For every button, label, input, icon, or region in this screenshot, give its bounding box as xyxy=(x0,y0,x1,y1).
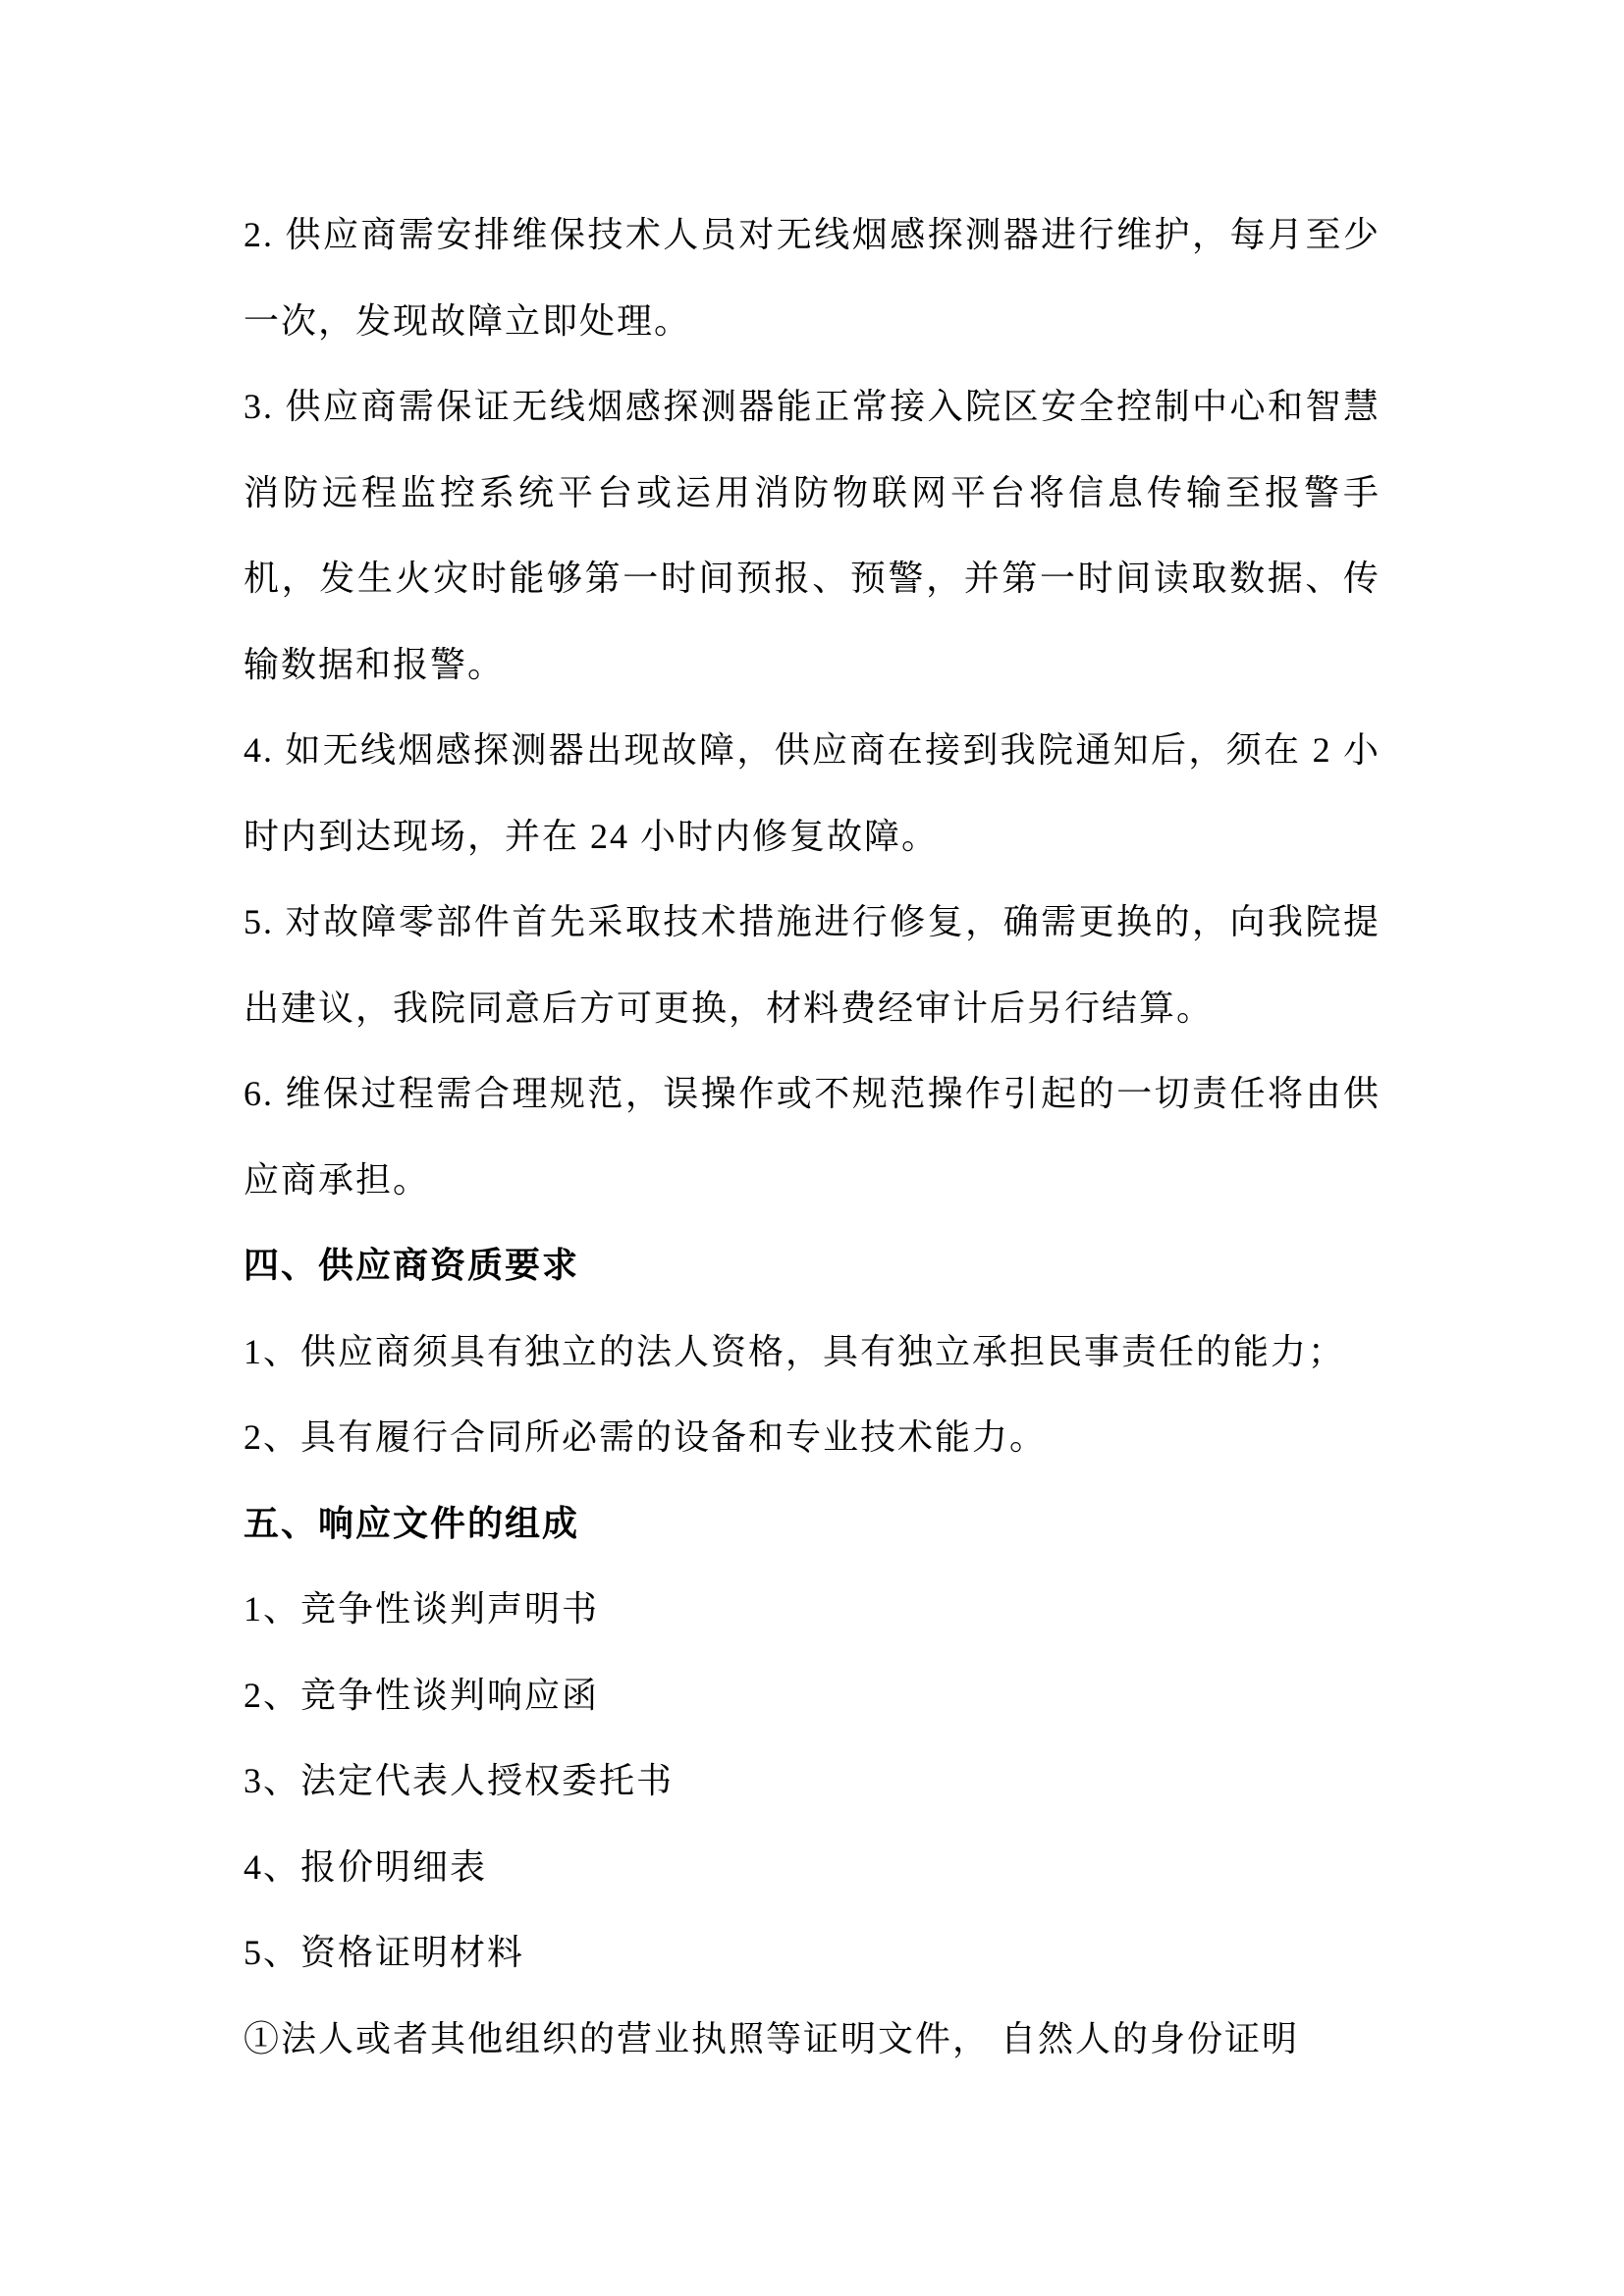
section-heading-response-docs: 五、响应文件的组成 xyxy=(244,1481,1380,1568)
document-content: 2. 供应商需安排维保技术人员对无线烟感探测器进行维护，每月至少一次，发现故障立… xyxy=(244,192,1380,2082)
list-item-quotation-detail: 4、报价明细表 xyxy=(244,1825,1380,1911)
section-heading-qualifications: 四、供应商资质要求 xyxy=(244,1223,1380,1309)
paragraph-parts-replacement: 5. 对故障零部件首先采取技术措施进行修复，确需更换的，向我院提出建议，我院同意… xyxy=(244,880,1380,1051)
list-item-negotiation-statement: 1、竞争性谈判声明书 xyxy=(244,1567,1380,1653)
paragraph-legal-person-status: 1、供应商须具有独立的法人资格，具有独立承担民事责任的能力； xyxy=(244,1309,1380,1396)
paragraph-platform-connection: 3. 供应商需保证无线烟感探测器能正常接入院区安全控制中心和智慧消防远程监控系统… xyxy=(244,364,1380,708)
list-item-response-letter: 2、竞争性谈判响应函 xyxy=(244,1653,1380,1739)
paragraph-technical-capability: 2、具有履行合同所必需的设备和专业技术能力。 xyxy=(244,1395,1380,1481)
list-item-qualification-proof: 5、资格证明材料 xyxy=(244,1910,1380,1997)
paragraph-fault-response-time: 4. 如无线烟感探测器出现故障，供应商在接到我院通知后，须在 2 小时内到达现场… xyxy=(244,708,1380,880)
list-item-business-license-proof: ①法人或者其他组织的营业执照等证明文件， 自然人的身份证明 xyxy=(244,1997,1380,2083)
paragraph-liability: 6. 维保过程需合理规范，误操作或不规范操作引起的一切责任将由供应商承担。 xyxy=(244,1051,1380,1223)
paragraph-maintenance-schedule: 2. 供应商需安排维保技术人员对无线烟感探测器进行维护，每月至少一次，发现故障立… xyxy=(244,192,1380,364)
list-item-power-of-attorney: 3、法定代表人授权委托书 xyxy=(244,1738,1380,1825)
document-page: 2. 供应商需安排维保技术人员对无线烟感探测器进行维护，每月至少一次，发现故障立… xyxy=(0,0,1624,2296)
